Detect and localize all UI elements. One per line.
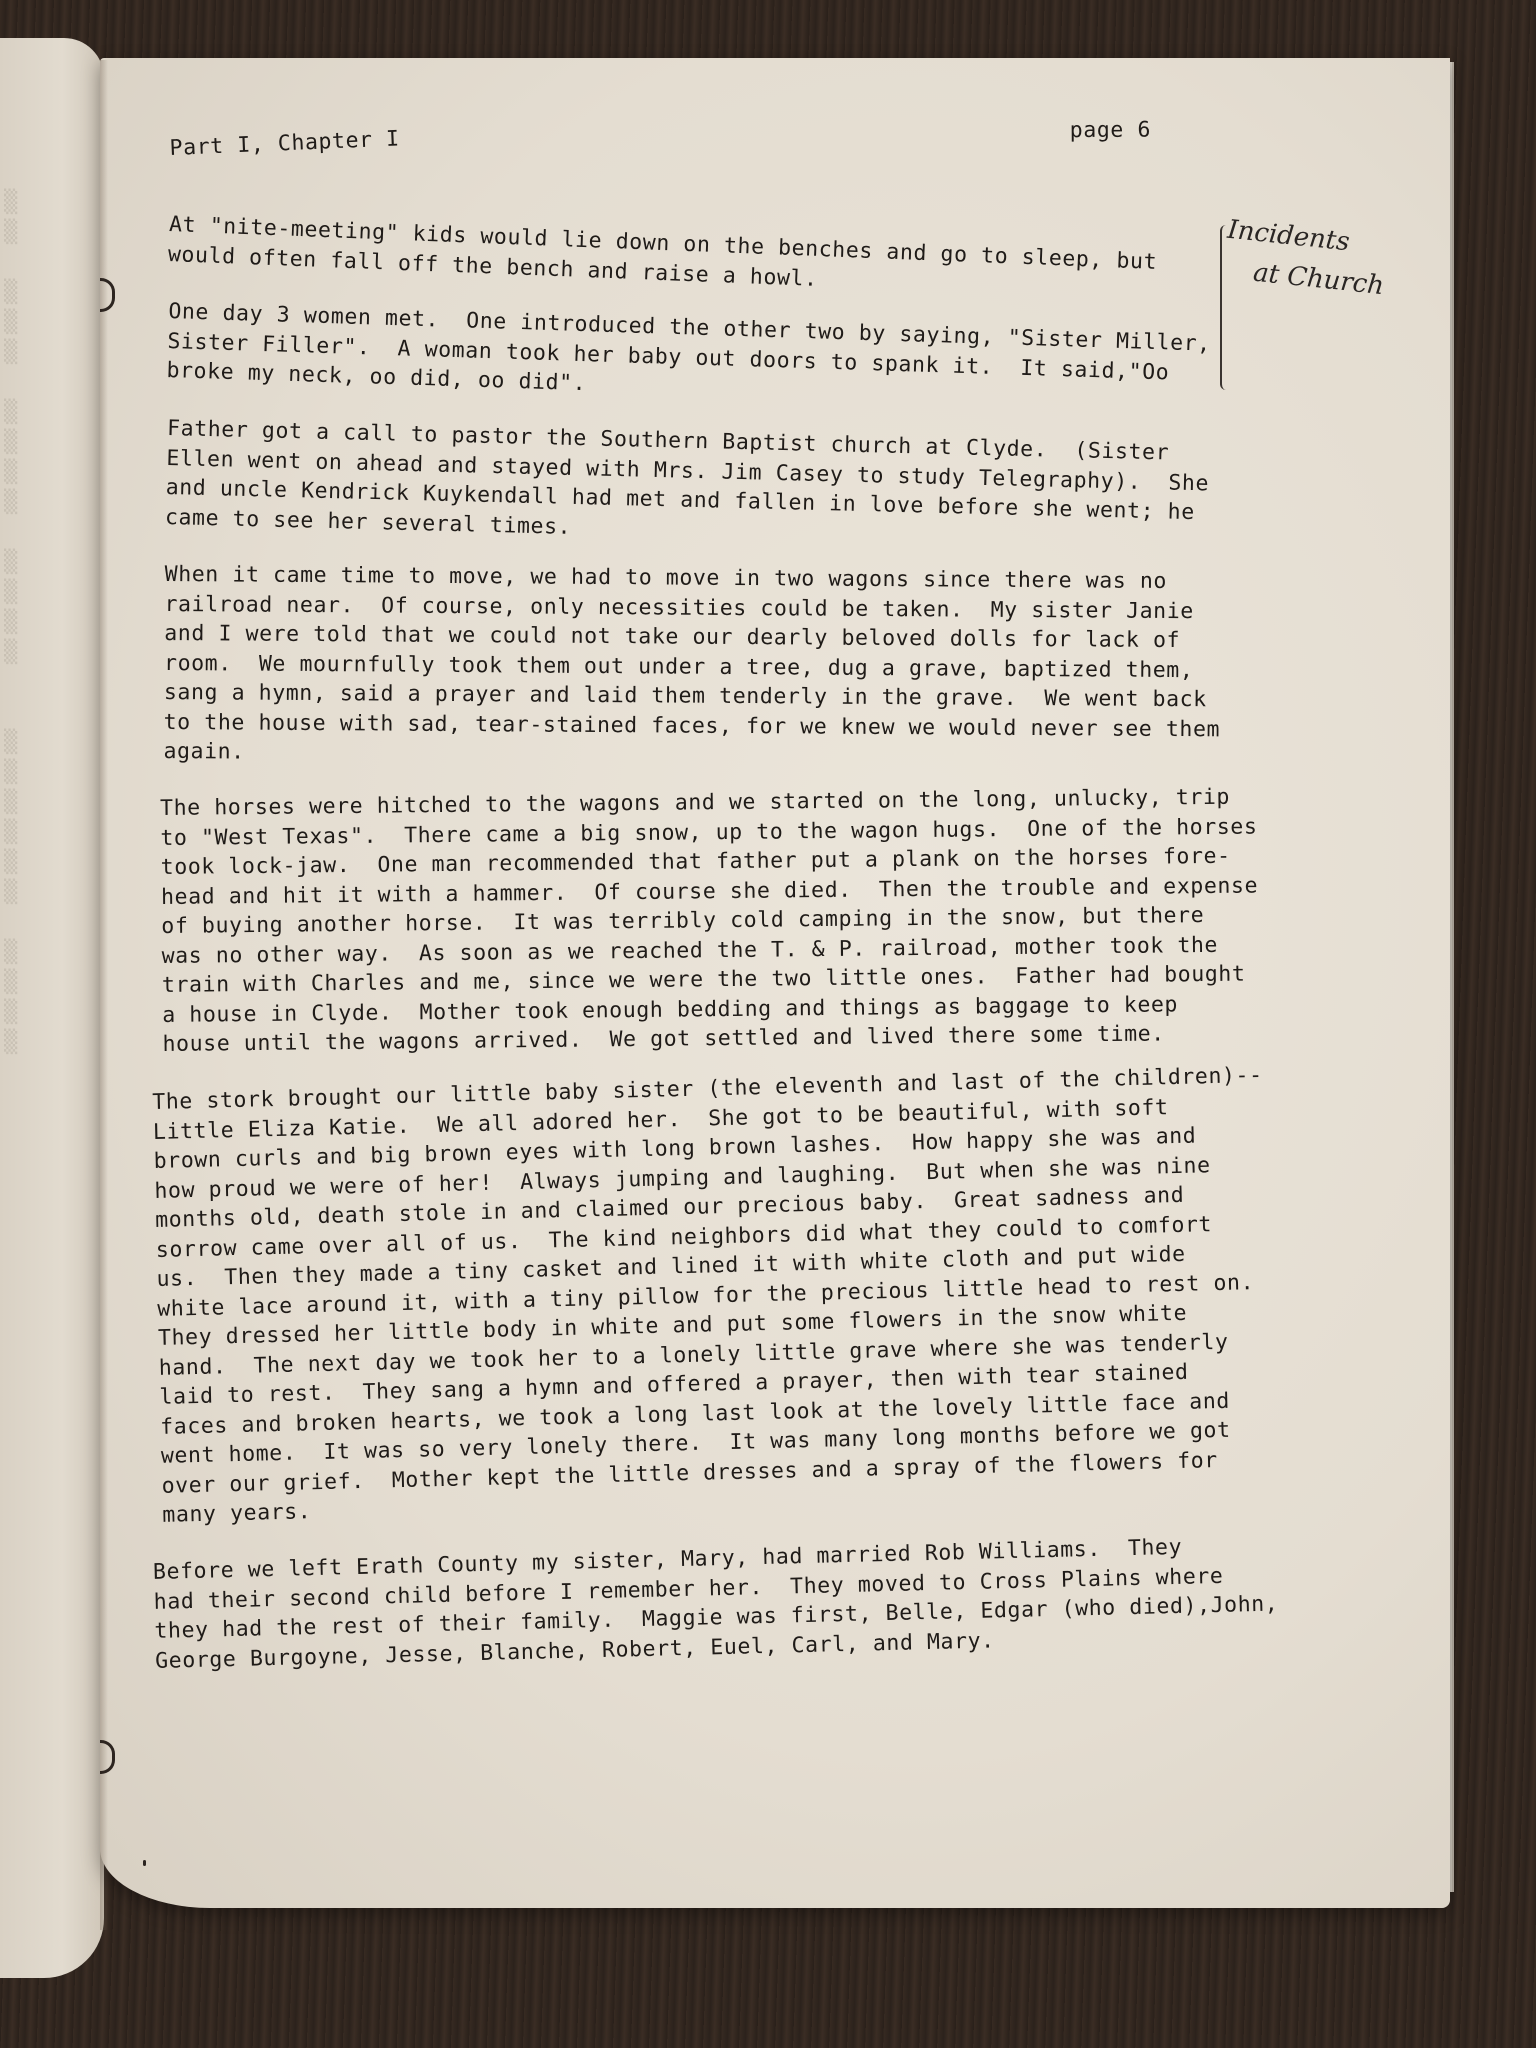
paragraph: The stork brought our little baby sister… — [152, 1059, 1342, 1530]
paragraph: Father got a call to pastor the Southern… — [165, 413, 1348, 560]
paragraph: When it came time to move, we had to mov… — [163, 559, 1344, 774]
page-number: page 6 — [1070, 118, 1151, 144]
page-header: Part I, Chapter I page 6 — [169, 100, 1350, 222]
binding-gutter — [100, 60, 108, 1930]
paragraph: The horses were hitched to the wagons an… — [160, 782, 1343, 1060]
page-content: Part I, Chapter I page 6 At "nite-meetin… — [153, 100, 1350, 1716]
body-text: At "nite-meeting" kids would lie down on… — [153, 210, 1348, 1688]
speck — [143, 1860, 146, 1866]
paragraph: At "nite-meeting" kids would lie down on… — [167, 210, 1348, 314]
paragraph: One day 3 women met. One introduced the … — [166, 297, 1348, 423]
left-facing-page: ▒▒▒▒▒▒▒▒▒▒▒▒▒▒▒▒▒▒▒▒▒▒▒ — [0, 38, 104, 1978]
paragraph: Before we left Erath County my sister, M… — [153, 1529, 1336, 1676]
chapter-heading: Part I, Chapter I — [169, 126, 400, 161]
bleed-through-text: ▒▒▒▒▒▒▒▒▒▒▒▒▒▒▒▒▒▒▒▒▒▒▒ — [4, 188, 44, 1058]
